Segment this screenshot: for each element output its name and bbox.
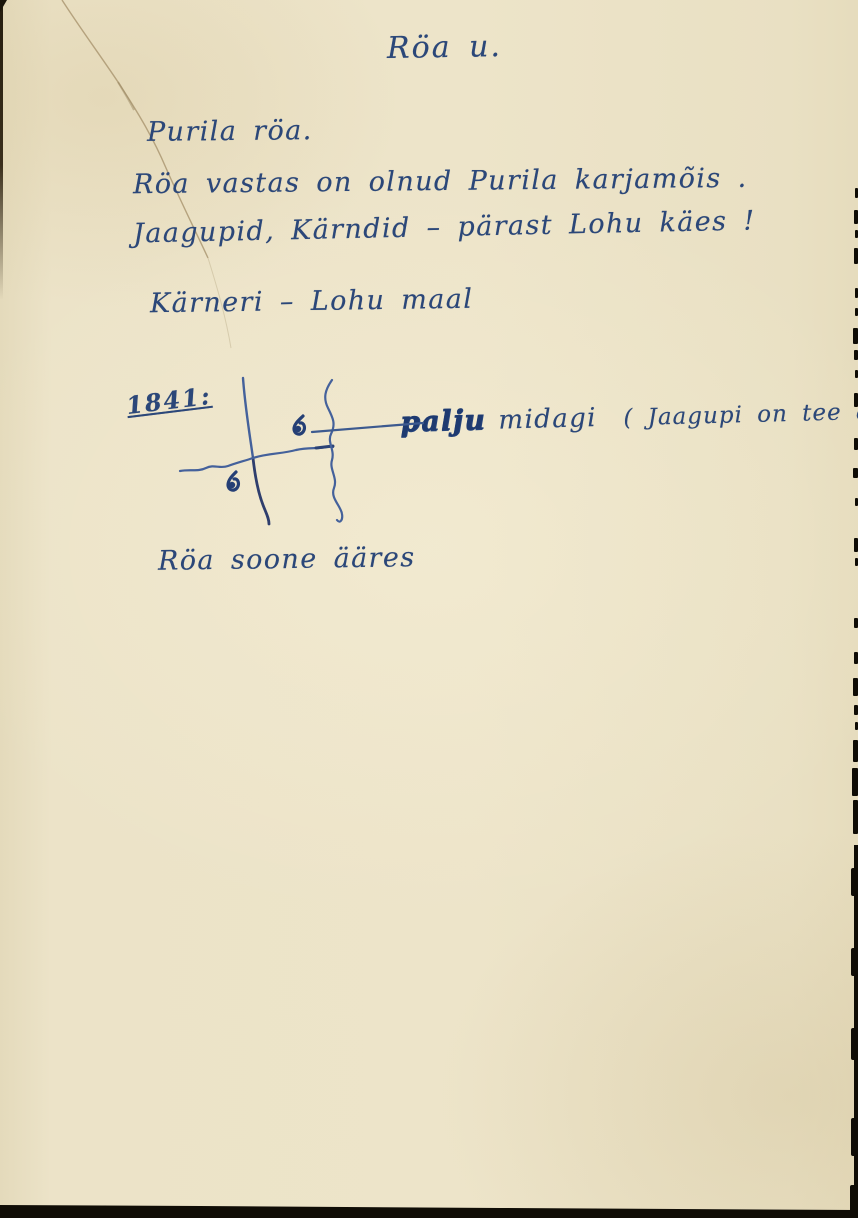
farmstead-mark-upper [294, 416, 304, 434]
annotation-parenthesis: ( Jaagupi on tee ääres ) [623, 397, 858, 432]
stream-line [180, 447, 333, 471]
right-wavy-line [325, 380, 342, 522]
farmstead-mark-lower [228, 472, 238, 490]
road-line-lower [253, 458, 269, 524]
handwritten-line-1: Purila röa. [147, 115, 313, 148]
road-line [243, 378, 253, 458]
pointer-line [312, 423, 423, 432]
page-title: Röa u. [387, 29, 503, 66]
sketch-caption: Röa soone ääres [158, 542, 416, 577]
scanned-notebook-page: { "document": { "kind": "handwritten arc… [0, 0, 858, 1218]
scan-edge-left [0, 0, 3, 300]
map-sketch [170, 368, 440, 538]
annotation-word: midagi [498, 403, 597, 436]
handwritten-line-2: Röa vastas on olnud Purila karjamõis . [133, 163, 748, 200]
handwritten-line-4: Kärneri – Lohu maal [150, 284, 474, 320]
